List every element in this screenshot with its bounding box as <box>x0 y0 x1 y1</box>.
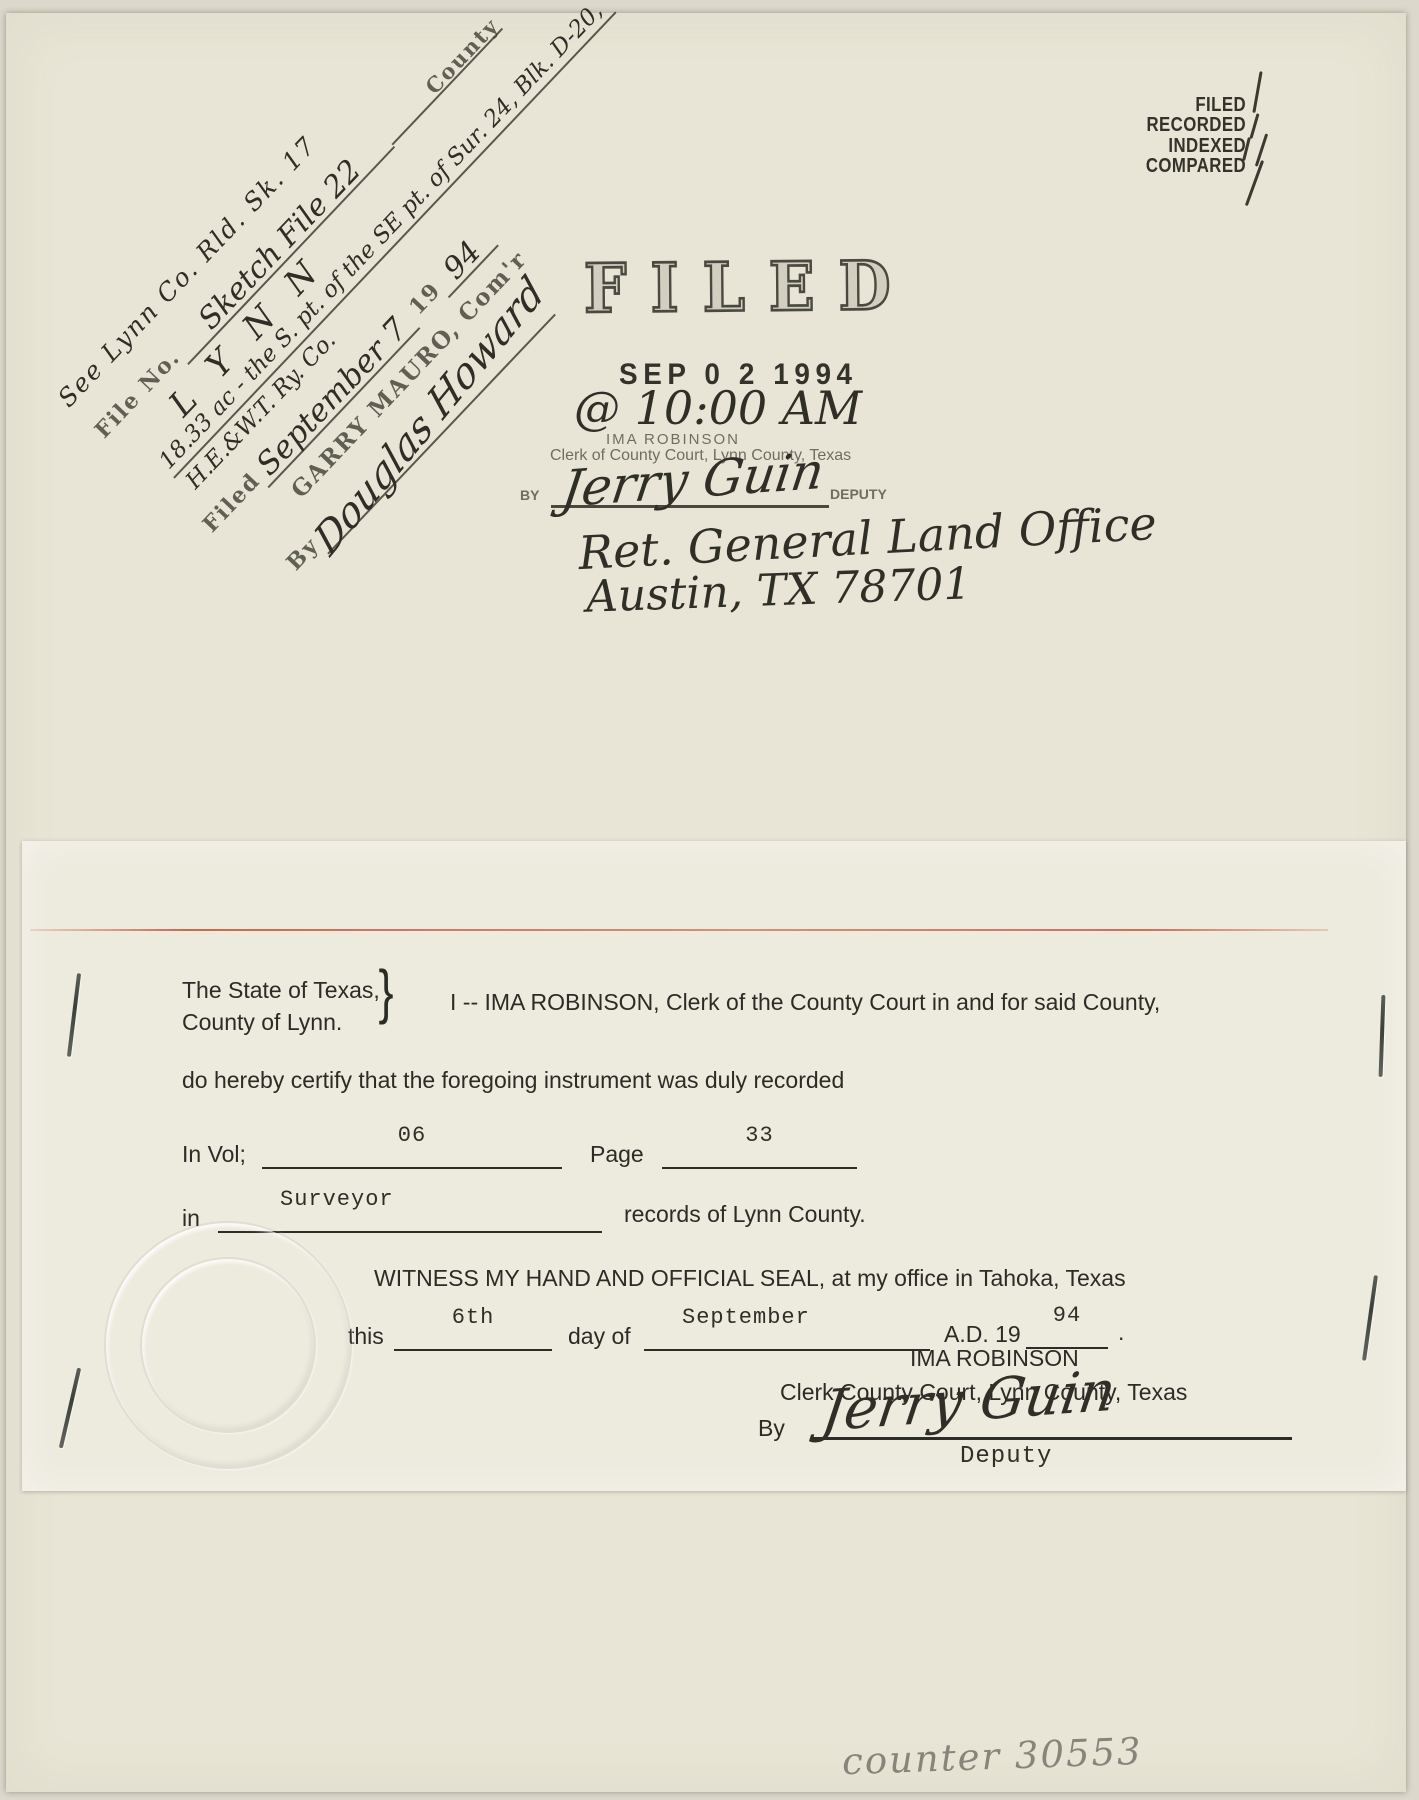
day-value: 6th <box>452 1305 495 1330</box>
certificate-intro: I -- IMA ROBINSON, Clerk of the County C… <box>450 989 1160 1016</box>
cert-year-value: 94 <box>1053 1303 1081 1328</box>
brace-glyph: } <box>379 957 394 1026</box>
filed-stamp-title: FILED <box>584 247 915 329</box>
document-page: See Lynn Co. Rld. Sk. 17 File No. Sketch… <box>6 13 1406 1792</box>
page-label: Page <box>590 1141 644 1168</box>
cert-by-label: By <box>758 1415 785 1442</box>
witness-line: WITNESS MY HAND AND OFFICIAL SEAL, at my… <box>374 1265 1126 1292</box>
dayof-label: day of <box>568 1323 631 1350</box>
scanned-document: See Lynn Co. Rld. Sk. 17 File No. Sketch… <box>0 0 1419 1800</box>
this-label: this <box>348 1323 384 1350</box>
embossed-seal-inner-ring <box>140 1257 316 1433</box>
checkmark-icon <box>1252 71 1262 113</box>
ad-label: A.D. 19 <box>944 1321 1021 1348</box>
clerk-name-stamp: IMA ROBINSON <box>606 431 740 448</box>
status-indexed: INDEXED <box>1144 136 1246 156</box>
cert-deputy-signature: Jerry Guin <box>818 1358 1120 1444</box>
cert-deputy-label: Deputy <box>960 1443 1052 1470</box>
counter-note: counter 30553 <box>841 1730 1143 1783</box>
status-recorded: RECORDED <box>1144 115 1246 135</box>
red-margin-line <box>30 929 1328 931</box>
vol-value: 06 <box>398 1123 426 1148</box>
checkmark-icon <box>1245 160 1264 206</box>
page-value: 33 <box>745 1123 773 1148</box>
records-label: records of Lynn County. <box>624 1201 866 1228</box>
state-line: The State of Texas, <box>182 977 380 1004</box>
month-value: September <box>682 1305 810 1330</box>
filed-time-note: @ 10:00 AM <box>574 381 862 435</box>
checkmark-icon <box>1249 113 1259 139</box>
status-filed: FILED <box>1144 95 1246 115</box>
certificate-form: The State of Texas, County of Lynn. } I … <box>22 841 1406 1491</box>
by-label-stamp: BY <box>520 487 539 503</box>
period-glyph: . <box>1118 1319 1124 1346</box>
deputy-label-stamp: DEPUTY <box>830 486 887 502</box>
certify-line: do hereby certify that the foregoing ins… <box>182 1067 844 1094</box>
status-compared: COMPARED <box>1144 156 1246 176</box>
vol-label: In Vol; <box>182 1141 246 1168</box>
county-line: County of Lynn. <box>182 1009 342 1036</box>
records-type-value: Surveyor <box>280 1187 394 1212</box>
status-stamp: FILED RECORDED INDEXED COMPARED <box>1144 95 1246 177</box>
